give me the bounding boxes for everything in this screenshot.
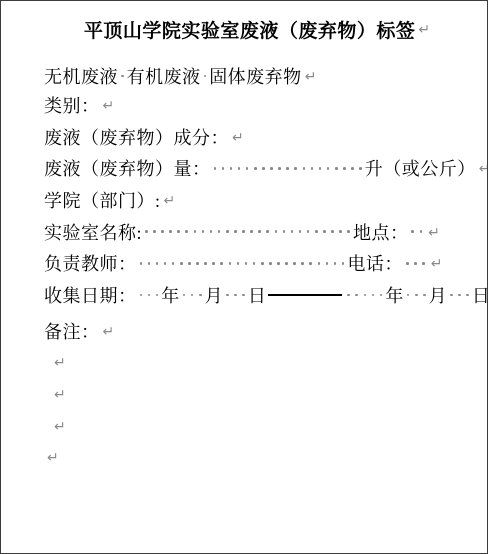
- field-label: 固体废弃物: [209, 63, 302, 89]
- field-label: 年: [161, 282, 180, 308]
- paragraph-mark-icon: ↵: [418, 23, 430, 37]
- paragraph-mark-icon: ↵: [164, 194, 176, 208]
- form-line: 实验室名称:地点：↵: [44, 216, 487, 248]
- paragraph-mark-icon: ↵: [428, 226, 440, 240]
- space-dots-icon: [223, 294, 248, 297]
- field-label: 负责教师：: [44, 250, 137, 276]
- date-range-dash: [268, 294, 342, 296]
- field-label: 日: [472, 282, 488, 308]
- form-line: ↵: [44, 442, 487, 474]
- field-label: 日: [248, 282, 267, 308]
- paragraph-mark-icon: ↵: [47, 451, 59, 465]
- field-label: 类别：: [44, 92, 100, 118]
- form-line: ↵: [44, 378, 487, 410]
- field-label: 月: [205, 282, 224, 308]
- document-title: 平顶山学院实验室废液（废弃物）标签: [84, 16, 416, 43]
- field-label: 月: [429, 282, 448, 308]
- form-line: 废液（废弃物）量：升（或公斤）↵: [44, 152, 487, 184]
- field-label: 收集日期：: [44, 282, 137, 308]
- field-label: 有机废液: [127, 63, 201, 89]
- form-line: ↵: [44, 410, 487, 442]
- paragraph-mark-icon: ↵: [103, 325, 115, 339]
- field-label: 地点：: [353, 219, 409, 245]
- form-line: 类别：↵: [44, 89, 487, 121]
- field-label: 升（或公斤）: [365, 155, 476, 181]
- field-label: 备注：: [44, 318, 100, 344]
- space-dots-icon: [211, 167, 365, 170]
- field-label: 年: [385, 282, 404, 308]
- space-dots-icon: [180, 294, 205, 297]
- paragraph-mark-icon: ↵: [431, 257, 443, 271]
- form-line: 备注：↵: [44, 315, 487, 347]
- space-dots-icon: [142, 230, 353, 233]
- space-dots-icon: [137, 294, 162, 297]
- form-line: 废液（废弃物）成分：↵: [44, 121, 487, 153]
- document-body: 无机废液有机废液固体废弃物↵类别：↵废液（废弃物）成分：↵废液（废弃物）量：升（…: [1, 63, 487, 473]
- form-line: 收集日期：年月日年月日↵: [44, 279, 487, 311]
- space-dots-icon: [404, 294, 429, 297]
- document-title-row: 平顶山学院实验室废液（废弃物）标签 ↵: [1, 15, 487, 43]
- paragraph-mark-icon: ↵: [103, 99, 115, 113]
- form-line: 负责教师：电话：↵: [44, 247, 487, 279]
- paragraph-mark-icon: ↵: [305, 70, 317, 84]
- paragraph-mark-icon: ↵: [54, 356, 66, 370]
- form-line: ↵: [44, 347, 487, 379]
- paragraph-mark-icon: ↵: [232, 131, 244, 145]
- space-dots-icon: [201, 75, 210, 78]
- field-label: 学院（部门）:: [44, 187, 161, 213]
- space-dots-icon: [408, 230, 425, 233]
- space-dots-icon: [447, 294, 472, 297]
- space-dots-icon: [137, 262, 348, 265]
- waste-label-document: 平顶山学院实验室废液（废弃物）标签 ↵ 无机废液有机废液固体废弃物↵类别：↵废液…: [0, 0, 488, 554]
- form-line: 无机废液有机废液固体废弃物↵: [44, 63, 487, 89]
- field-label: 实验室名称:: [44, 219, 142, 245]
- space-dots-icon: [118, 75, 127, 78]
- space-dots-icon: [403, 262, 428, 265]
- field-label: 废液（废弃物）成分：: [44, 124, 229, 150]
- field-label: 电话：: [347, 250, 403, 276]
- space-dots-icon: [344, 294, 385, 297]
- form-line: 学院（部门）:↵: [44, 184, 487, 216]
- field-label: 废液（废弃物）量：: [44, 155, 211, 181]
- paragraph-mark-icon: ↵: [54, 420, 66, 434]
- paragraph-mark-icon: ↵: [54, 388, 66, 402]
- paragraph-mark-icon: ↵: [479, 162, 488, 176]
- field-label: 无机废液: [44, 63, 118, 89]
